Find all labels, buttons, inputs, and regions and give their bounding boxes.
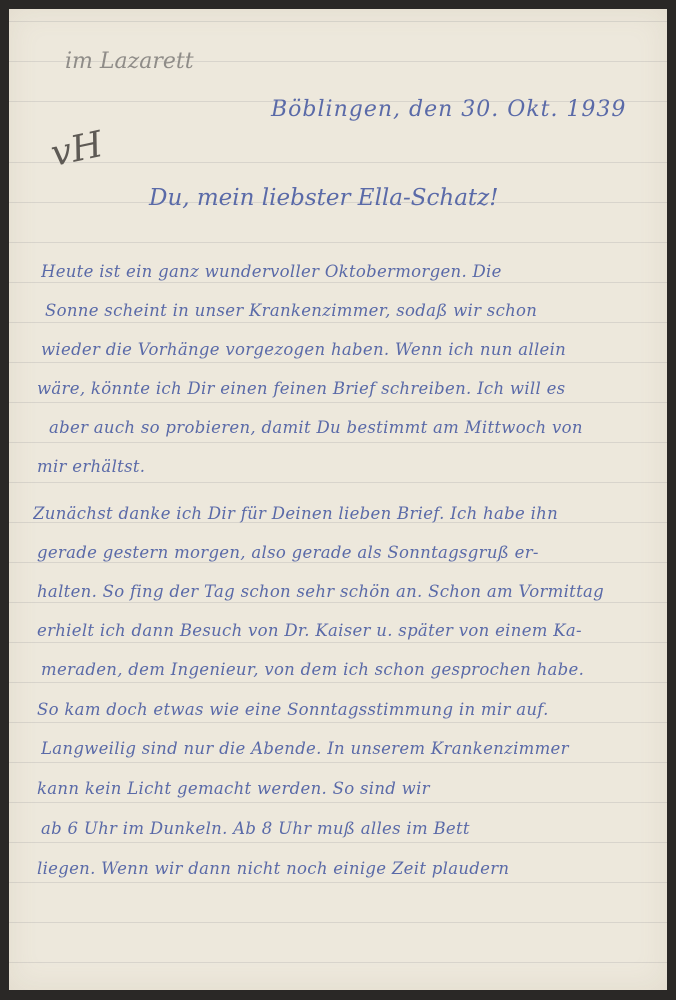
letter-line: mir erhältst.: [37, 457, 667, 476]
letter-line: kann kein Licht gemacht werden. So sind …: [37, 779, 667, 798]
letter-line: aber auch so probieren, damit Du bestimm…: [49, 418, 676, 437]
letter-line: liegen. Wenn wir dann nicht noch einige …: [37, 859, 667, 878]
letter-line: Zunächst danke ich Dir für Deinen lieben…: [33, 504, 663, 523]
letter-page: im Lazarett vH Böblingen, den 30. Okt. 1…: [9, 9, 667, 990]
letter-line: Heute ist ein ganz wundervoller Oktoberm…: [41, 262, 671, 281]
letter-line: So kam doch etwas wie eine Sonntagsstimm…: [37, 700, 667, 719]
letter-line: erhielt ich dann Besuch von Dr. Kaiser u…: [37, 621, 667, 640]
letter-line: Sonne scheint in unser Krankenzimmer, so…: [45, 301, 675, 320]
letter-line: meraden, dem Ingenieur, von dem ich scho…: [41, 660, 671, 679]
letter-line: halten. So fing der Tag schon sehr schön…: [37, 582, 667, 601]
salutation: Du, mein liebster Ella-Schatz!: [149, 185, 499, 211]
pencil-mark: vH: [47, 124, 106, 175]
place-date: Böblingen, den 30. Okt. 1939: [271, 97, 626, 122]
pencil-annotation: im Lazarett: [65, 49, 194, 74]
letter-line: wäre, könnte ich Dir einen feinen Brief …: [37, 379, 667, 398]
letter-line: wieder die Vorhänge vorgezogen haben. We…: [41, 340, 671, 359]
letter-line: gerade gestern morgen, also gerade als S…: [37, 543, 667, 562]
letter-line: ab 6 Uhr im Dunkeln. Ab 8 Uhr muß alles …: [41, 819, 671, 838]
letter-line: Langweilig sind nur die Abende. In unser…: [41, 739, 671, 758]
